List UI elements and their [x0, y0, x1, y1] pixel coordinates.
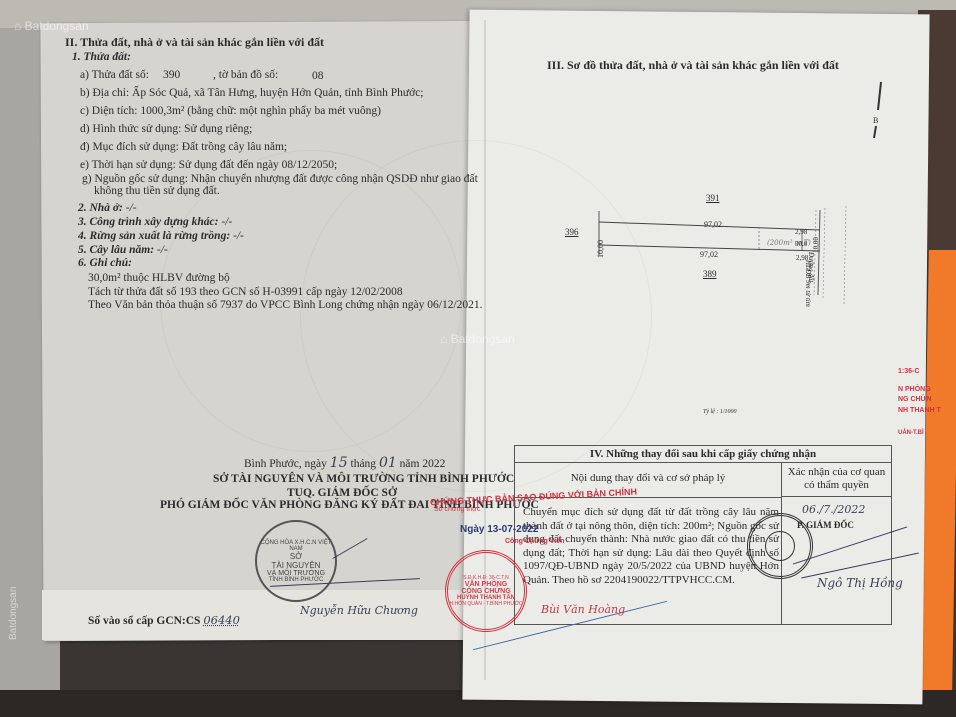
adjacent-parcel-left: 396 — [565, 225, 579, 239]
house-value: -/- — [126, 202, 137, 214]
notary-number-label: Số chứng thực — [434, 506, 480, 513]
forest-heading: 4. Rừng sản xuất là rừng trồng: -/- — [78, 229, 244, 243]
notary-seal: S.Đ.K.H.Đ: 36-C.T.N VĂN PHÒNG CÔNG CHỨNG… — [445, 550, 527, 632]
other-construction-label: 3. Công trình xây dựng khác: — [78, 216, 218, 228]
issue-year: năm 2022 — [400, 458, 446, 470]
watermark-brand: Batdongsan — [451, 332, 515, 346]
changes-col-confirm-header: Xác nhận của cơ quancó thẩm quyền — [782, 463, 891, 497]
edge-stamp-line: UẢN-T.BÌ — [898, 430, 924, 436]
watermark-logo: ⌂ Batdongsan — [14, 19, 89, 33]
confirm-signer-name: Ngô Thị Hồng — [817, 576, 903, 590]
notes-heading: 6. Ghi chú: — [78, 256, 132, 270]
watermark-brand: Batdongsan — [25, 19, 89, 33]
issue-month-label: tháng — [351, 458, 377, 470]
notary-signer-name: Bùi Văn Hoàng — [541, 603, 625, 617]
notary-seal-line: VĂN PHÒNG — [465, 581, 507, 588]
adjacent-parcel-top: 391 — [706, 191, 720, 205]
use-form: d) Hình thức sử dụng: Sử dụng riêng; — [80, 122, 252, 136]
seal-top-text: CỘNG HÒA X.H.C.N VIỆT NAM — [257, 540, 335, 552]
parcel-number-label: a) Thửa đất số: — [80, 68, 149, 82]
registry-label: Số vào sổ cấp GCN:CS — [88, 615, 200, 627]
changes-table: IV. Những thay đổi sau khi cấp giấy chứn… — [514, 445, 892, 625]
north-label: B — [873, 114, 878, 128]
changes-content-text: Chuyển mục đích sử dụng đất từ đất trồng… — [523, 506, 779, 588]
confirm-header-line: có thẩm quyền — [782, 479, 891, 492]
other-construction-value: -/- — [221, 216, 232, 228]
use-purpose: đ) Mục đích sử dụng: Đất trồng cây lâu n… — [80, 140, 287, 154]
issue-day: 15 — [330, 455, 348, 471]
edge-stamp-line: NH THANH T — [898, 407, 941, 414]
perennial-trees-label: 5. Cây lâu năm: — [78, 244, 154, 256]
seal-line: TÀI NGUYÊN — [272, 561, 321, 570]
land-parcel-heading: 1. Thửa đất: — [72, 50, 131, 64]
changes-table-title: IV. Những thay đổi sau khi cấp giấy chứn… — [515, 446, 891, 463]
edge-stamp-line: N PHÒNG — [898, 386, 931, 393]
notary-seal-line: CÔNG CHỨNG — [461, 588, 510, 595]
house-logo-icon: ⌂ — [440, 332, 447, 346]
house-label: 2. Nhà ở: — [78, 202, 123, 214]
bottom-length: 97,02 — [700, 248, 718, 262]
land-office-seal — [747, 513, 813, 579]
address: b) Địa chỉ: Ấp Sóc Quả, xã Tân Hưng, huy… — [80, 86, 424, 100]
notary-officer-label: Công Chứng Viên — [505, 538, 564, 545]
map-sheet-value: 08 — [312, 69, 324, 83]
hlbv-area: 30,0 — [795, 237, 807, 251]
house-logo-icon: ⌂ — [14, 19, 21, 33]
forest-value: -/- — [233, 230, 244, 242]
seal-line: VÀ MÔI TRƯỜNG — [267, 570, 325, 577]
edge-stamp-line: 1:36-C — [898, 368, 919, 375]
issue-month: 01 — [379, 455, 397, 471]
perennial-trees-heading: 5. Cây lâu năm: -/- — [78, 243, 168, 257]
left-signer-name: Nguyễn Hữu Chương — [300, 604, 418, 618]
map-scale: Tỷ lệ : 1/1000 — [703, 405, 737, 419]
note-line: Theo Văn bản thỏa thuận số 7937 do VPCC … — [88, 298, 483, 312]
watermark-side: Batdongsan — [8, 587, 19, 640]
seal-line: SỞ — [290, 552, 302, 561]
note-line: Tách từ thửa đất số 193 theo GCN số H-03… — [88, 285, 403, 299]
perennial-trees-value: -/- — [157, 244, 168, 256]
left-width: 10,00 — [594, 240, 608, 258]
map-sheet-label: , tờ bản đồ số: — [213, 68, 278, 82]
issue-date-prefix: Bình Phước, ngày — [244, 458, 327, 470]
section-iii-title: III. Sơ đồ thửa đất, nhà ở và tài sản kh… — [547, 58, 839, 72]
adjacent-parcel-bottom: 389 — [703, 267, 717, 281]
other-construction-heading: 3. Công trình xây dựng khác: -/- — [78, 215, 232, 229]
seal-bottom-text: TỈNH BÌNH PHƯỚC — [269, 577, 324, 583]
issuing-department: SỞ TÀI NGUYÊN VÀ MÔI TRƯỜNG TỈNH BÌNH PH… — [213, 472, 514, 486]
confirm-header-line: Xác nhận của cơ quan — [782, 466, 891, 479]
watermark-brand: Batdongsan — [8, 587, 19, 640]
watermark-center: ⌂ Batdongsan — [440, 332, 515, 346]
registry-value: 06440 — [203, 613, 240, 627]
edge-stamp-line: NG CHỨN — [898, 396, 931, 403]
use-term: e) Thời hạn sử dụng: Sử dụng đất đến ngà… — [80, 158, 337, 172]
forest-label: 4. Rừng sản xuất là rừng trồng: — [78, 230, 230, 242]
house-heading: 2. Nhà ở: -/- — [78, 201, 137, 215]
notary-seal-bottom: H.HỚN QUẢN - T.BÌNH PHƯỚC — [449, 601, 522, 607]
section-ii-title: II. Thửa đất, nhà ở và tài sản khác gắn … — [65, 35, 324, 49]
use-origin-line2: không thu tiền sử dụng đất. — [94, 184, 220, 198]
confirm-date: 06./7./2022 — [802, 503, 865, 517]
note-line: 30,0m² thuộc HLBV đường bộ — [88, 271, 230, 285]
issue-date: Bình Phước, ngày 15 tháng 01 năm 2022 — [244, 456, 445, 471]
road-safety-label: HLĐB 9m từ tim — [801, 260, 815, 307]
department-seal: CỘNG HÒA X.H.C.N VIỆT NAM SỞ TÀI NGUYÊN … — [255, 520, 337, 602]
registry-number: Số vào sổ cấp GCN:CS 06440 — [88, 613, 240, 628]
north-arrow-icon — [868, 80, 888, 140]
notary-date: Ngày 13-07-2022 — [460, 524, 538, 535]
parcel-number-value: 390 — [163, 68, 180, 82]
seal-inner-ring — [765, 531, 795, 561]
top-length: 97,02 — [704, 218, 722, 232]
area: c) Diện tích: 1000,3m² (bằng chữ: một ng… — [80, 104, 381, 118]
